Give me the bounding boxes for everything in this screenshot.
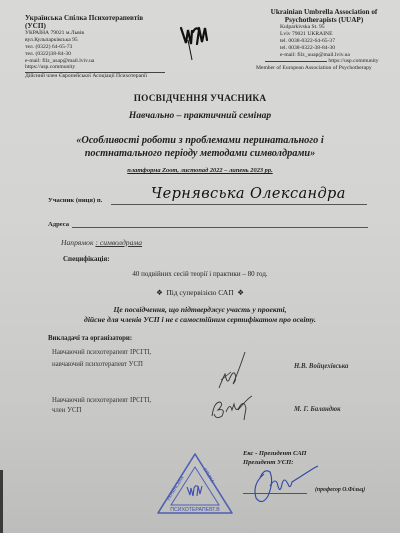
ornament-icon: ❖ xyxy=(237,288,244,297)
website: https://usp.community xyxy=(25,64,175,71)
street: Kulparkivska St. 95 xyxy=(280,24,398,31)
address-underline xyxy=(72,227,368,228)
direction-row: Напрямок : символдрама xyxy=(61,238,142,247)
president-name: (професор О.Фільц) xyxy=(315,487,365,493)
org-name-en-2: Psychotherapists (UUAP) xyxy=(250,16,398,24)
note-line-2: дійсне для членів УСП і не є самостійним… xyxy=(20,315,380,325)
ornament-icon: ❖ xyxy=(156,288,163,297)
certificate-title: ПОСВІДЧЕННЯ УЧАСНИКА xyxy=(0,94,400,104)
membership-ua: Дійсний член Європейської Асоціації Псих… xyxy=(25,73,175,80)
address-line-1: УКРАЇНА 79021 м.Львів xyxy=(25,30,175,37)
lecturer-1-role-line-1: Навчаючий психотерапевт ІРСГП, xyxy=(52,347,151,359)
organization-stamp: ПСИХОТЕРАПЕВТ.В УКРАЇНСЬКА СПІЛКА xyxy=(155,451,235,519)
supervision-row: ❖ Під супервізією САП ❖ xyxy=(0,288,400,297)
signature-icon xyxy=(215,350,249,397)
lecturer-1-role: Навчаючий психотерапевт ІРСГП, навчаючий… xyxy=(52,347,151,371)
email-en: e-mail: filz_uuap@mail.lviv.ua xyxy=(280,52,398,59)
signature-icon xyxy=(208,394,256,429)
specification-label: Специфікація: xyxy=(63,255,110,263)
president-signature-line xyxy=(243,493,307,494)
header-right-divider xyxy=(265,61,327,62)
note-line-1: Це посвідчення, що підтверджує участь у … xyxy=(20,305,380,315)
stamp-bottom-text: ПСИХОТЕРАПЕВТ.В xyxy=(170,507,220,513)
participant-name: Чернявська Олександра xyxy=(151,186,346,202)
lecturer-2-name: М. Г. Баландюк xyxy=(294,406,341,413)
validity-note: Це посвідчення, що підтверджує участь у … xyxy=(20,305,380,325)
website-en: https://usp.community xyxy=(328,58,378,64)
usp-signature-logo-icon xyxy=(178,18,212,62)
phone-1: тел. (0322) 64-65-73 xyxy=(25,44,175,51)
supervision-text: Під супервізією САП xyxy=(166,288,233,297)
city: Lviv 79021 UKRAINE xyxy=(280,31,398,38)
phone-1-en: tel. 0038-0322-64-65-37 xyxy=(280,38,398,45)
topic-line-1: «Особливості роботи з проблемами перинат… xyxy=(40,134,360,147)
certificate-subtitle: Навчально – практичний семінар xyxy=(0,111,400,121)
lecturer-1-role-line-2: навчаючий психотерапевт УСП xyxy=(52,359,151,371)
lecturers-label: Викладачі та організатори: xyxy=(48,335,132,342)
lecturer-2-role-line-2: член УСП xyxy=(52,406,151,416)
address-label: Адреса xyxy=(48,221,69,228)
participant-label: Учасник (ниця) п. xyxy=(48,197,102,204)
lecturer-2-role-line-1: Навчаючий психотерапевт ІРСГП, xyxy=(52,396,151,406)
topic-line-2: постнатального періоду методами символдр… xyxy=(40,147,360,160)
phone-2-en: tel. 0038-0322-38-84-30 xyxy=(280,45,398,52)
membership-en: Member of European Association of Psycho… xyxy=(250,65,398,72)
platform-dates: платформа Zoom, листопад 2022 – липень 2… xyxy=(0,167,400,174)
president-title-line-1: Екс - Президент САП xyxy=(243,450,307,459)
header-left: Українська Спілка Психотерапевтів (УСП) … xyxy=(25,14,175,80)
direction-value: : символдрама xyxy=(95,238,142,247)
paper-edge-shadow xyxy=(0,470,3,533)
address-line-2: вул.Кульпарківська 95 xyxy=(25,37,175,44)
org-name-ua: Українська Спілка Психотерапевтів xyxy=(25,14,175,22)
phone-2: тел. (0322)38-84-30 xyxy=(25,51,175,58)
participant-underline xyxy=(111,204,367,205)
email: e-mail: filz_usap@mail.lviv.ua xyxy=(25,58,175,65)
lecturer-1-name: Н.В. Войцехівська xyxy=(294,363,348,370)
lecturer-2-role: Навчаючий психотерапевт ІРСГП, член УСП xyxy=(52,396,151,416)
seminar-topic: «Особливості роботи з проблемами перинат… xyxy=(40,134,360,160)
sessions-text: 40 подвійних сесій теорії і практики – 8… xyxy=(0,270,400,278)
direction-label: Напрямок xyxy=(61,238,94,247)
org-name-en-1: Ukrainian Umbrella Association of xyxy=(250,8,398,16)
header-right: Ukrainian Umbrella Association of Psycho… xyxy=(250,8,398,72)
